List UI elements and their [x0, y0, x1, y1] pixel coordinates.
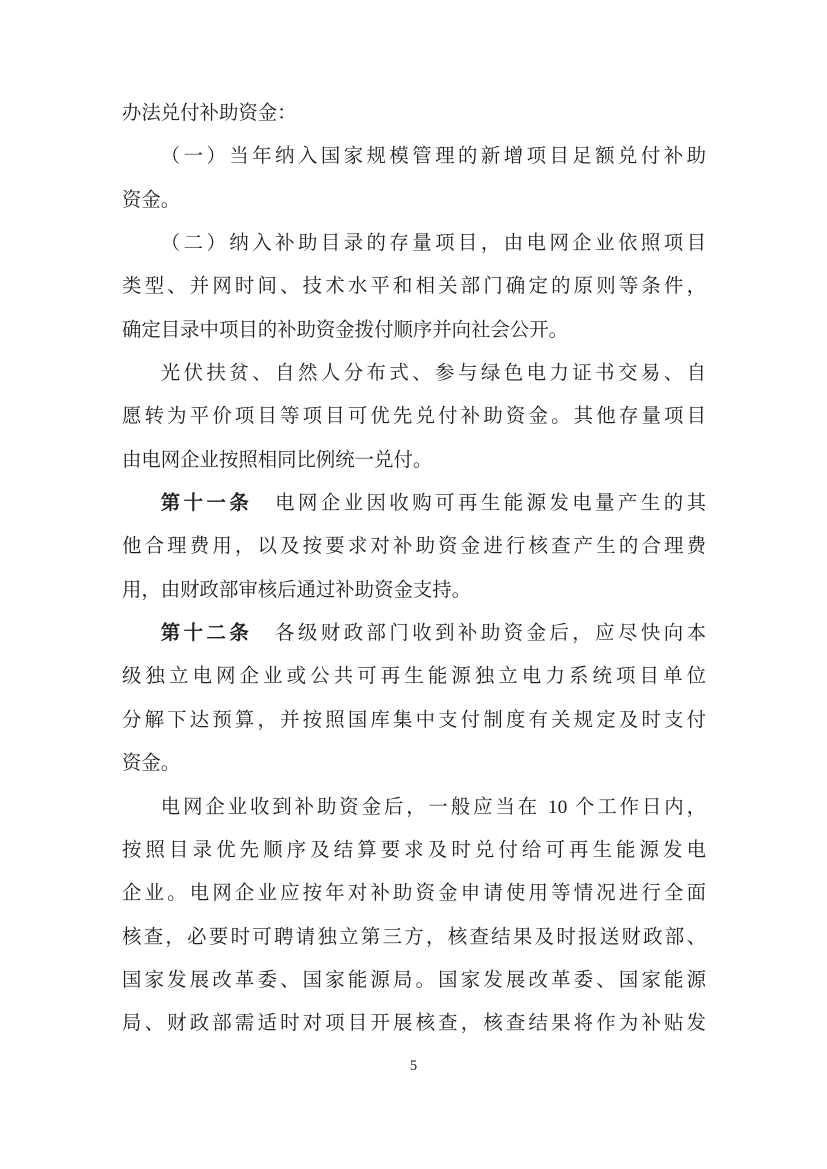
line-text: 局、财政部需适时对项目开展核查，核查结果将作为补贴发	[122, 1013, 706, 1034]
document-line: 办法兑付补助资金：	[122, 92, 706, 135]
document-line: 由电网企业按照相同比例统一兑付。	[122, 439, 706, 482]
document-body: 办法兑付补助资金： （一）当年纳入国家规模管理的新增项目足额兑付补助 资金。 （…	[122, 92, 706, 1046]
line-text: 由电网企业按照相同比例统一兑付。	[122, 450, 432, 471]
document-line: 第十二条 各级财政部门收到补助资金后，应尽快向本	[122, 612, 706, 655]
line-text: 各级财政部门收到补助资金后，应尽快向本	[252, 623, 706, 644]
line-text: 资金。	[122, 190, 180, 211]
line-text: （二）纳入补助目录的存量项目，由电网企业依照项目	[161, 233, 706, 254]
document-line: 局、财政部需适时对项目开展核查，核查结果将作为补贴发	[122, 1002, 706, 1045]
document-page: 办法兑付补助资金： （一）当年纳入国家规模管理的新增项目足额兑付补助 资金。 （…	[0, 0, 827, 1169]
document-line: 分解下达预算，并按照国库集中支付制度有关规定及时支付	[122, 699, 706, 742]
page-number: 5	[0, 1055, 827, 1077]
article-number: 第十一条	[161, 493, 252, 514]
document-line: （二）纳入补助目录的存量项目，由电网企业依照项目	[122, 222, 706, 265]
line-text: 他合理费用，以及按要求对补助资金进行核查产生的合理费	[122, 536, 706, 557]
document-line: 核查，必要时可聘请独立第三方，核查结果及时报送财政部、	[122, 916, 706, 959]
line-text: 光伏扶贫、自然人分布式、参与绿色电力证书交易、自	[161, 363, 706, 384]
line-text: 办法兑付补助资金：	[122, 103, 297, 124]
line-text: 确定目录中项目的补助资金拨付顺序并向社会公开。	[122, 320, 568, 341]
line-text: 分解下达预算，并按照国库集中支付制度有关规定及时支付	[122, 710, 706, 731]
document-line: 国家发展改革委、国家能源局。国家发展改革委、国家能源	[122, 959, 706, 1002]
document-line: 他合理费用，以及按要求对补助资金进行核查产生的合理费	[122, 525, 706, 568]
line-text: 国家发展改革委、国家能源局。国家发展改革委、国家能源	[122, 970, 706, 991]
document-line: 电网企业收到补助资金后，一般应当在 10 个工作日内，	[122, 786, 706, 829]
line-text: （一）当年纳入国家规模管理的新增项目足额兑付补助	[161, 146, 706, 167]
line-text: 级独立电网企业或公共可再生能源独立电力系统项目单位	[122, 666, 706, 687]
document-line: 第十一条 电网企业因收购可再生能源发电量产生的其	[122, 482, 706, 525]
line-text: 按照目录优先顺序及结算要求及时兑付给可再生能源发电	[122, 840, 706, 861]
document-line: 资金。	[122, 742, 706, 785]
line-text: 企业。电网企业应按年对补助资金申请使用等情况进行全面	[122, 883, 706, 904]
document-line: 企业。电网企业应按年对补助资金申请使用等情况进行全面	[122, 872, 706, 915]
document-line: 级独立电网企业或公共可再生能源独立电力系统项目单位	[122, 655, 706, 698]
document-line: 按照目录优先顺序及结算要求及时兑付给可再生能源发电	[122, 829, 706, 872]
document-line: 用，由财政部审核后通过补助资金支持。	[122, 569, 706, 612]
document-line: 类型、并网时间、技术水平和相关部门确定的原则等条件，	[122, 265, 706, 308]
line-text: 愿转为平价项目等项目可优先兑付补助资金。其他存量项目	[122, 406, 706, 427]
document-line: 光伏扶贫、自然人分布式、参与绿色电力证书交易、自	[122, 352, 706, 395]
line-text: 资金。	[122, 753, 180, 774]
document-line: 确定目录中项目的补助资金拨付顺序并向社会公开。	[122, 309, 706, 352]
line-text: 电网企业因收购可再生能源发电量产生的其	[252, 493, 706, 514]
document-line: 资金。	[122, 179, 706, 222]
line-text: 核查，必要时可聘请独立第三方，核查结果及时报送财政部、	[122, 927, 706, 948]
line-text: 用，由财政部审核后通过补助资金支持。	[122, 580, 471, 601]
document-line: 愿转为平价项目等项目可优先兑付补助资金。其他存量项目	[122, 395, 706, 438]
article-number: 第十二条	[161, 623, 252, 644]
line-text: 类型、并网时间、技术水平和相关部门确定的原则等条件，	[122, 276, 706, 297]
document-line: （一）当年纳入国家规模管理的新增项目足额兑付补助	[122, 135, 706, 178]
line-text: 电网企业收到补助资金后，一般应当在 10 个工作日内，	[161, 797, 706, 818]
